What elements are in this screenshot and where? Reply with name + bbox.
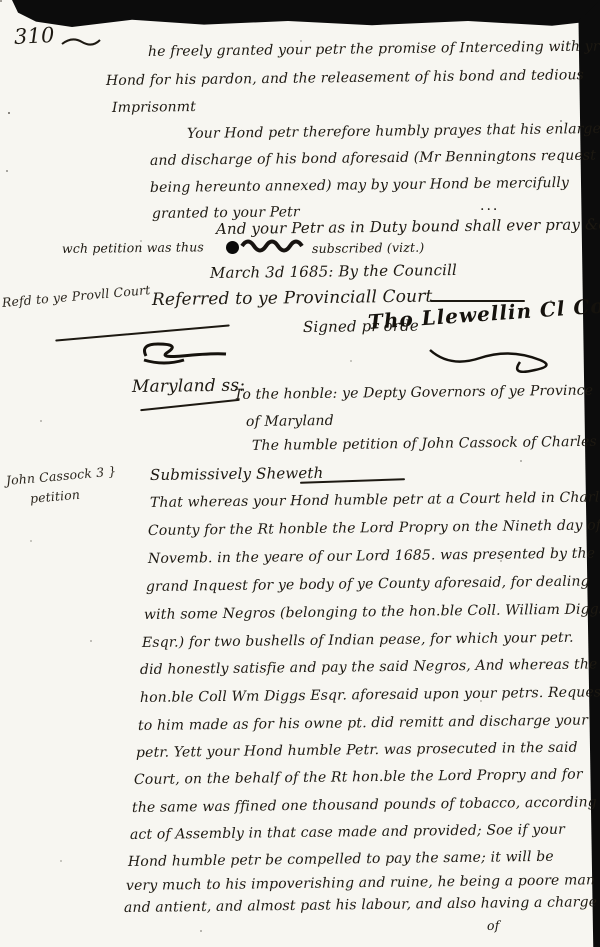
folio-number: 310	[13, 25, 55, 48]
body-line: hon.ble Coll Wm Diggs Esqr. aforesaid up…	[140, 685, 600, 705]
closing-line: And your Petr as in Duty bound shall eve…	[216, 217, 600, 237]
referred-line: Referred to ye Provinciall Court	[152, 289, 433, 309]
body-line: grand Inquest for ye body of ye County a…	[146, 575, 590, 594]
folio-flourish	[62, 38, 102, 48]
body-line: and antient, and almost past his labour,…	[124, 895, 597, 915]
scan-noise	[0, 0, 2, 2]
petition-text-line: Imprisonmt	[112, 100, 196, 115]
body-line: Hond humble petr be compelled to pay the…	[128, 850, 554, 869]
body-line: very much to his impoverishing and ruine…	[126, 873, 595, 893]
petition-text-line: being hereunto annexed) may by your Hond…	[150, 176, 569, 195]
signature-flourish	[420, 338, 560, 368]
scan-edge-top	[0, 0, 600, 30]
opening-line: Submissively Sheweth	[150, 466, 324, 483]
body-line: with some Negros (belonging to the hon.b…	[144, 602, 600, 622]
ink-blot	[226, 241, 239, 254]
address-line: of Maryland	[246, 414, 334, 429]
body-line: did honestly satisfie and pay the said N…	[140, 657, 598, 677]
body-line: petr. Yett your Hond humble Petr. was pr…	[136, 741, 578, 760]
body-line: Esqr.) for two bushells of Indian pease,…	[142, 631, 574, 650]
petition-text-line: Your Hond petr therefore humbly prayes t…	[187, 122, 600, 141]
body-line: the same was ffined one thousand pounds …	[132, 795, 600, 815]
body-line: Novemb. in the yeare of our Lord 1685. w…	[148, 547, 595, 566]
petition-title: The humble petition of John Cassock of C…	[252, 434, 600, 453]
flourish-mark	[142, 340, 232, 366]
catchword: of	[487, 920, 500, 933]
address-line: To the honble: ye Depty Governors of ye …	[234, 384, 593, 402]
subscribed-line-before: wch petition was thus	[62, 241, 204, 255]
body-line: act of Assembly in that case made and pr…	[130, 823, 565, 842]
manuscript-page: 310 he freely granted your petr the prom…	[0, 0, 600, 947]
petition-text-line: and discharge of his bond aforesaid (Mr …	[150, 149, 596, 168]
council-date-line: March 3d 1685: By the Councill	[210, 263, 457, 281]
margin-petitioner-label: petition	[29, 489, 80, 506]
place-heading: Maryland ss:	[132, 378, 245, 396]
margin-petitioner-name: John Cassock 3 }	[5, 465, 116, 487]
body-line: County for the Rt honble the Lord Propry…	[148, 518, 600, 538]
margin-referral-note: Refd to ye Provll Court	[1, 284, 150, 309]
body-line: to him made as for his owne pt. did remi…	[138, 714, 588, 733]
body-line: That whereas your Hond humble petr at a …	[150, 490, 600, 510]
body-line: Court, on the behalf of the Rt hon.ble t…	[134, 768, 583, 787]
pen-dots: ...	[480, 198, 499, 214]
ink-scribble	[242, 238, 304, 252]
petition-text-line: he freely granted your petr the promise …	[148, 39, 600, 59]
subscribed-line-after: subscribed (vizt.)	[312, 242, 424, 256]
place-underline	[140, 399, 240, 411]
petition-text-line: Hond for his pardon, and the releasement…	[106, 68, 584, 88]
